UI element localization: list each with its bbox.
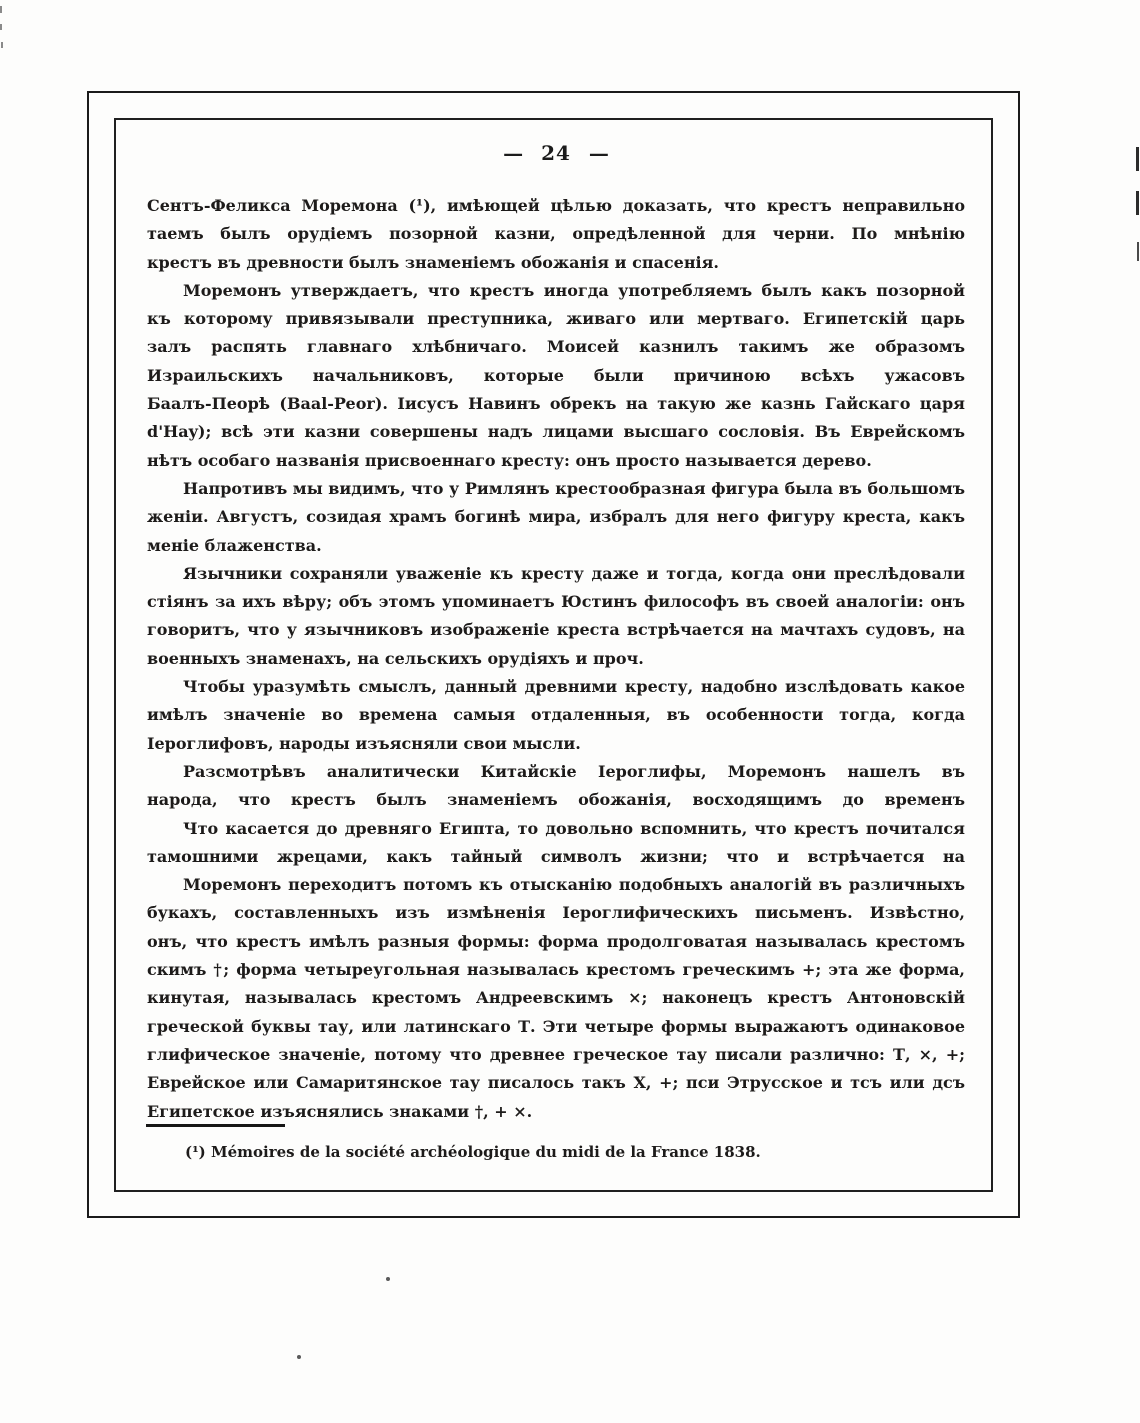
scan-edge-mark xyxy=(1136,147,1139,171)
paragraph: Моремонъ переходитъ потомъ къ отысканію … xyxy=(147,871,965,1126)
text-line: меніе блаженства. xyxy=(147,532,965,560)
page-number: 24 xyxy=(541,141,571,165)
footnote-separator-rule xyxy=(146,1124,285,1127)
text-line: онъ, что крестъ имѣлъ разныя формы: форм… xyxy=(147,928,965,956)
text-line: Баалъ-Пеорѣ (Baal-Peor). Іисусъ Навинъ о… xyxy=(147,390,965,418)
paragraph: Язычники сохраняли уваженіе къ кресту да… xyxy=(147,560,965,673)
text-line: къ которому привязывали преступника, жив… xyxy=(147,305,965,333)
text-line: d'Hay); всѣ эти казни совершены надъ лиц… xyxy=(147,418,965,446)
scan-edge-tick xyxy=(0,6,2,13)
text-line: Что касается до древняго Египта, то дово… xyxy=(147,815,965,843)
text-line: Разсмотрѣвъ аналитически Китайскіе Іерог… xyxy=(147,758,965,786)
text-line: имѣлъ значеніе во времена самыя отдаленн… xyxy=(147,701,965,729)
paragraph: Моремонъ утверждаетъ, что крестъ иногда … xyxy=(147,277,965,475)
text-line: скимъ †; форма четыреугольная называлась… xyxy=(147,956,965,984)
page-number-header: —24— xyxy=(147,141,965,165)
text-line: кинутая, называлась крестомъ Андреевским… xyxy=(147,984,965,1012)
scan-speck xyxy=(386,1277,390,1281)
paragraph: Напротивъ мы видимъ, что у Римлянъ крест… xyxy=(147,475,965,560)
scan-edge-tick xyxy=(0,24,2,30)
text-line: Іероглифовъ, народы изъясняли свои мысли… xyxy=(147,730,965,758)
text-line: Египетское изъяснялись знаками †, + ×. xyxy=(147,1098,965,1126)
text-line: тамошними жрецами, какъ тайный символъ ж… xyxy=(147,843,965,871)
text-line: стіянъ за ихъ вѣру; объ этомъ упоминаетъ… xyxy=(147,588,965,616)
text-line: Чтобы уразумѣть смыслъ, данный древними … xyxy=(147,673,965,701)
scanned-book-page: —24— Сентъ-Феликса Моремона (¹), имѣющей… xyxy=(0,0,1140,1423)
footnote-marker: (¹) xyxy=(185,1143,206,1161)
footnote: (¹) Mémoires de la société archéologique… xyxy=(147,1141,965,1163)
footnote-text: Mémoires de la société archéologique du … xyxy=(211,1143,761,1161)
header-dash-left: — xyxy=(503,141,523,165)
body-text: Сентъ-Феликса Моремона (¹), имѣющей цѣль… xyxy=(147,192,965,1126)
text-line: Моремонъ переходитъ потомъ къ отысканію … xyxy=(147,871,965,899)
paragraph: Сентъ-Феликса Моремона (¹), имѣющей цѣль… xyxy=(147,192,965,277)
paragraph: Разсмотрѣвъ аналитически Китайскіе Іерог… xyxy=(147,758,965,815)
text-line: женіи. Августъ, созидая храмъ богинѣ мир… xyxy=(147,503,965,531)
text-line: говоритъ, что у язычниковъ изображеніе к… xyxy=(147,616,965,644)
text-line: Еврейское или Самаритянское тау писалось… xyxy=(147,1069,965,1097)
text-line: Язычники сохраняли уваженіе къ кресту да… xyxy=(147,560,965,588)
text-line: Израильскихъ начальниковъ, которые были … xyxy=(147,362,965,390)
header-dash-right: — xyxy=(589,141,609,165)
scan-speck xyxy=(297,1355,301,1359)
text-line: залъ распять главнаго хлѣбничаго. Моисей… xyxy=(147,333,965,361)
text-line: Моремонъ утверждаетъ, что крестъ иногда … xyxy=(147,277,965,305)
paragraph: Чтобы уразумѣть смыслъ, данный древними … xyxy=(147,673,965,758)
text-line: греческой буквы тау, или латинскаго Т. Э… xyxy=(147,1013,965,1041)
text-line: крестъ въ древности былъ знаменіемъ обож… xyxy=(147,249,965,277)
text-line: Напротивъ мы видимъ, что у Римлянъ крест… xyxy=(147,475,965,503)
scan-edge-mark xyxy=(1136,191,1139,215)
scan-edge-mark xyxy=(1137,242,1139,261)
paragraph: Что касается до древняго Египта, то дово… xyxy=(147,815,965,872)
scan-edge-tick xyxy=(1,42,3,48)
text-line: народа, что крестъ былъ знаменіемъ обожа… xyxy=(147,786,965,814)
text-line: Сентъ-Феликса Моремона (¹), имѣющей цѣль… xyxy=(147,192,965,220)
text-line: таемъ былъ орудіемъ позорной казни, опре… xyxy=(147,220,965,248)
text-line: военныхъ знаменахъ, на сельскихъ орудіях… xyxy=(147,645,965,673)
text-line: нѣтъ особаго названія присвоеннаго крест… xyxy=(147,447,965,475)
text-line: глифическое значеніе, потому что древнее… xyxy=(147,1041,965,1069)
text-line: букахъ, составленныхъ изъ измѣненія Іеро… xyxy=(147,899,965,927)
